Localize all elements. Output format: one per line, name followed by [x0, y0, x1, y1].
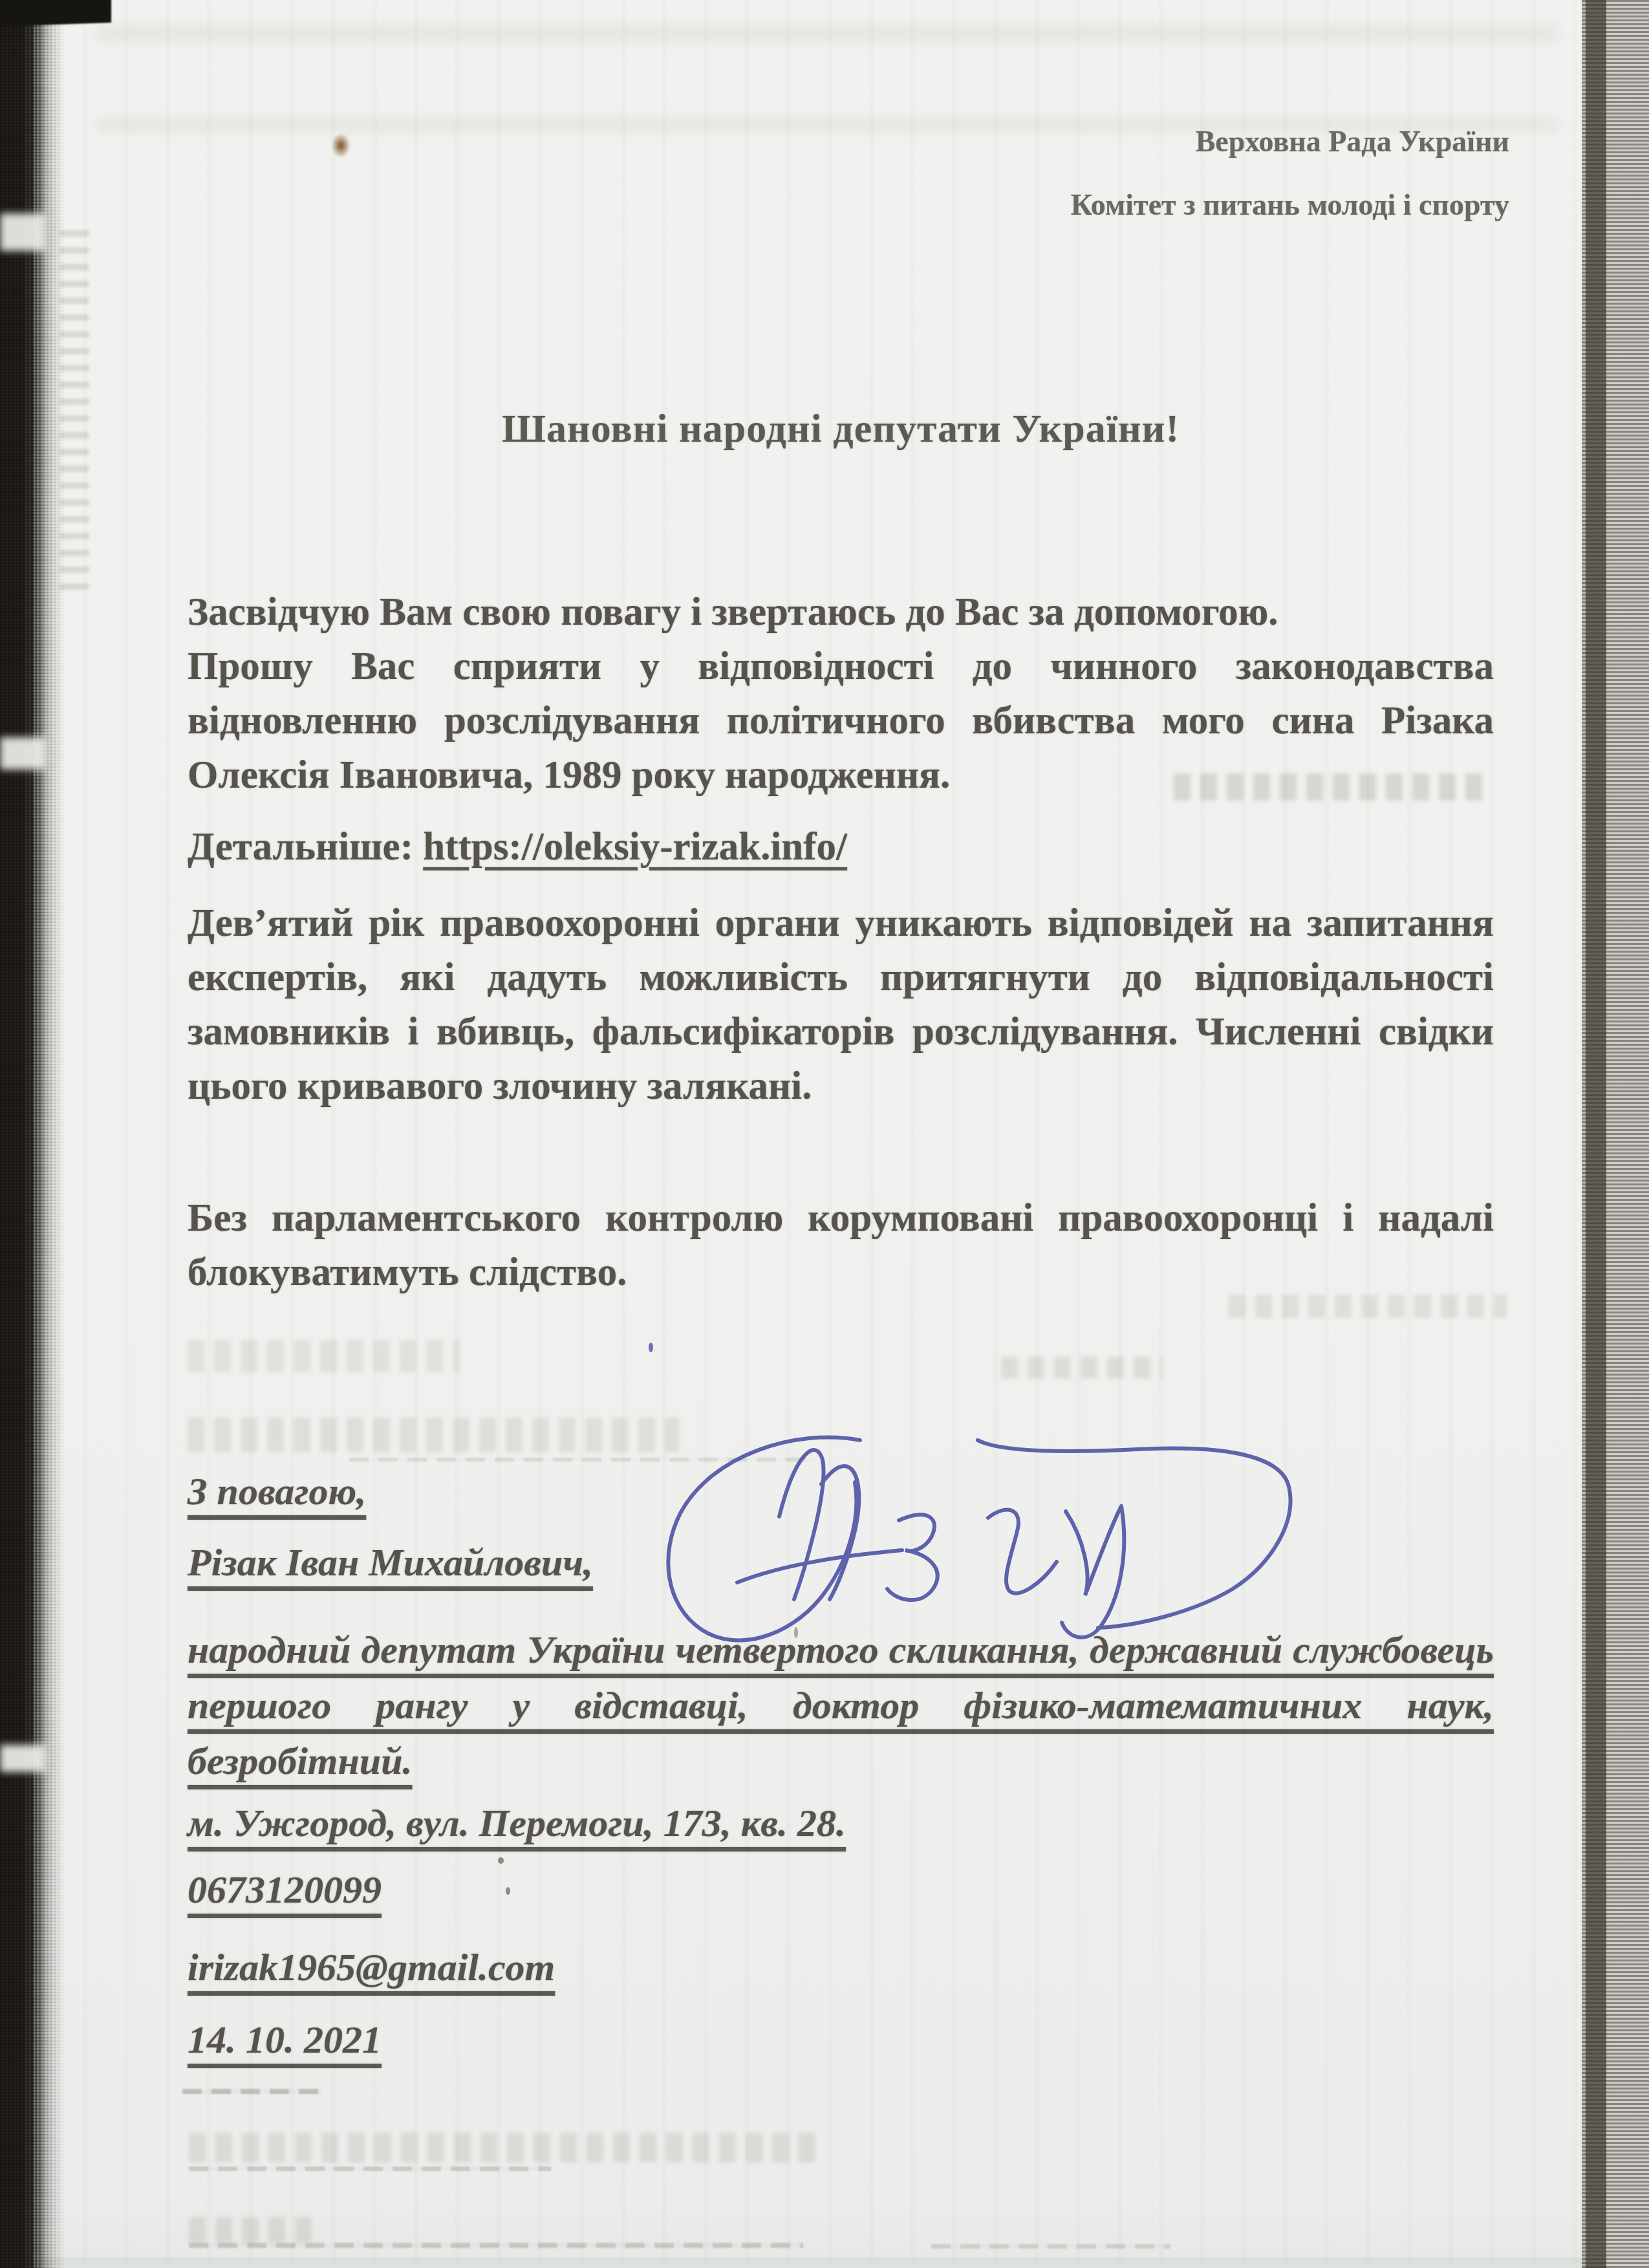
details-label: Детальніше: — [188, 825, 423, 869]
scanner-streaks — [0, 0, 1649, 2268]
letterhead: Верховна Рада України Комітет з питань м… — [733, 110, 1509, 237]
torn-left-edge — [0, 0, 65, 2268]
left-corner-blob — [0, 0, 111, 27]
blue-ink-speck — [649, 1343, 653, 1352]
scanned-letter-page: Верховна Рада України Комітет з питань м… — [0, 0, 1649, 2268]
bleedthrough-underline — [189, 2243, 803, 2248]
bleedthrough-smudge — [188, 1340, 459, 1372]
edge-gap — [0, 737, 47, 770]
bleedthrough-smudge — [189, 2217, 312, 2243]
handwritten-signature — [634, 1416, 1319, 1694]
details-link[interactable]: https://oleksiy-rizak.info/ — [423, 825, 847, 869]
scan-smear-band — [97, 25, 1558, 41]
torn-right-edge — [1582, 0, 1649, 2268]
edge-gap — [0, 213, 47, 251]
letterhead-org: Верховна Рада України — [733, 110, 1509, 173]
bleedthrough-underline — [182, 2089, 321, 2094]
paragraph-request: Прошу Вас сприяти у відповідності до чин… — [188, 640, 1494, 803]
signer-address: м. Ужгород, вул. Перемоги, 173, кв. 28. — [188, 1801, 1494, 1846]
signer-email: irizak1965@gmail.com — [188, 1945, 1494, 1990]
ink-speck — [498, 1857, 504, 1864]
paragraph-respect: Засвідчую Вам свою повагу і звертаюсь до… — [188, 585, 1494, 640]
paragraph-investigation: Дев’ятий рік правоохоронні органи уникаю… — [188, 896, 1494, 1114]
edge-gap — [0, 1745, 47, 1772]
paper-stain — [331, 133, 350, 158]
bottom-scan-band — [0, 2258, 1649, 2268]
paragraph-intro: Засвідчую Вам свою повагу і звертаюсь до… — [188, 585, 1494, 803]
letterhead-committee: Комітет з питань молоді і спорту — [733, 173, 1509, 237]
bleedthrough-smudge — [188, 1418, 679, 1453]
details-line: Детальніше: https://oleksiy-rizak.info/ — [188, 820, 1494, 874]
bleedthrough-underline — [189, 2166, 551, 2171]
bleedthrough-smudge — [1001, 1357, 1163, 1379]
signer-phone: 0673120099 — [188, 1868, 1494, 1912]
bleedthrough-smudge — [189, 2133, 823, 2163]
paragraph-parliament-control: Без парламентського контролю корумповані… — [188, 1191, 1494, 1300]
salutation-title: Шановні народні депутати України! — [188, 406, 1494, 452]
letter-date: 14. 10. 2021 — [188, 2018, 1494, 2062]
bleedthrough-underline — [931, 2244, 1170, 2249]
